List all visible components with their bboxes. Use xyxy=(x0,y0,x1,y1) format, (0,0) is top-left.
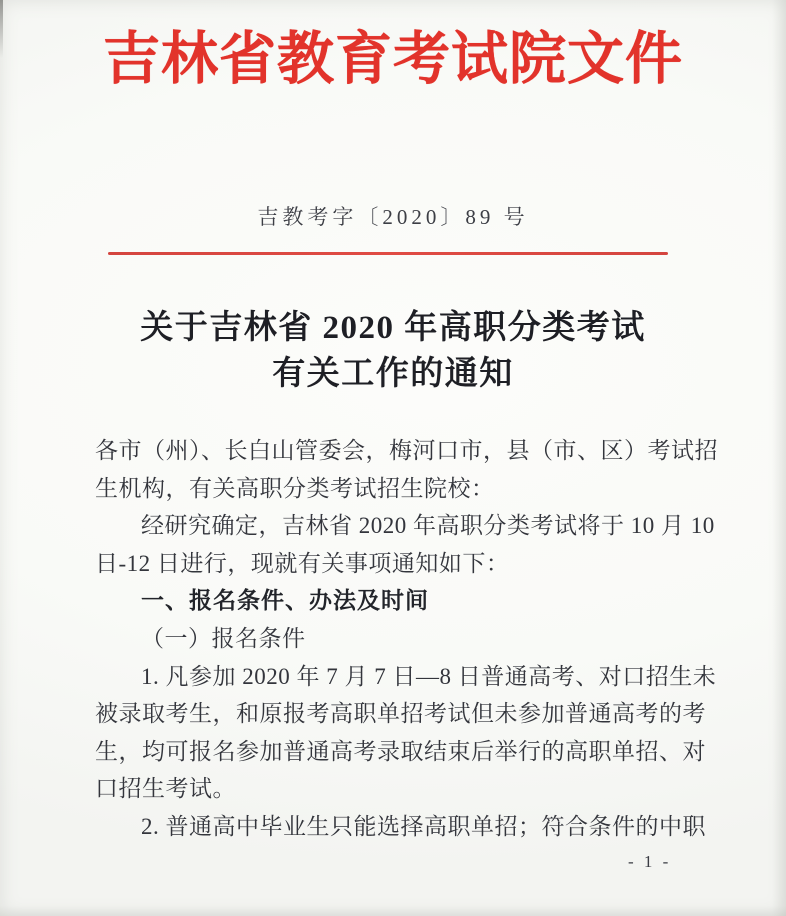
body-line: 各市（州）、长白山管委会，梅河口市，县（市、区）考试招 xyxy=(95,432,721,470)
scan-shade-bottom xyxy=(0,906,786,916)
notice-title-line2: 有关工作的通知 xyxy=(0,351,786,397)
body-line: 日-12 日进行，现就有关事项通知如下： xyxy=(95,545,721,583)
scan-shade-right xyxy=(772,0,786,916)
scanned-document-page: 吉林省教育考试院文件 吉教考字〔2020〕89 号 关于吉林省 2020 年高职… xyxy=(0,0,786,916)
body-line: 生，均可报名参加普通高考录取结束后举行的高职单招、对 xyxy=(95,733,721,771)
notice-title-line1: 关于吉林省 2020 年高职分类考试 xyxy=(0,305,786,351)
body-line: 1. 凡参加 2020 年 7 月 7 日—8 日普通高考、对口招生未 xyxy=(95,658,721,696)
body-line: 生机构，有关高职分类考试招生院校： xyxy=(95,470,721,508)
notice-title: 关于吉林省 2020 年高职分类考试 有关工作的通知 xyxy=(0,305,786,397)
body-line: 口招生考试。 xyxy=(95,770,721,808)
page-number: - 1 - xyxy=(628,852,718,872)
document-number: 吉教考字〔2020〕89 号 xyxy=(0,202,786,232)
body-line: 2. 普通高中毕业生只能选择高职单招；符合条件的中职 xyxy=(95,808,721,846)
document-body: 各市（州）、长白山管委会，梅河口市，县（市、区）考试招 生机构，有关高职分类考试… xyxy=(95,432,721,846)
document-header-title: 吉林省教育考试院文件 xyxy=(0,24,786,96)
red-divider-line xyxy=(108,252,668,255)
body-line: 经研究确定，吉林省 2020 年高职分类考试将于 10 月 10 xyxy=(95,507,721,545)
body-subsection-heading: （一）报名条件 xyxy=(95,620,721,658)
body-line: 被录取考生，和原报考高职单招考试但未参加普通高考的考 xyxy=(95,695,721,733)
body-section-heading: 一、报名条件、办法及时间 xyxy=(95,582,721,620)
